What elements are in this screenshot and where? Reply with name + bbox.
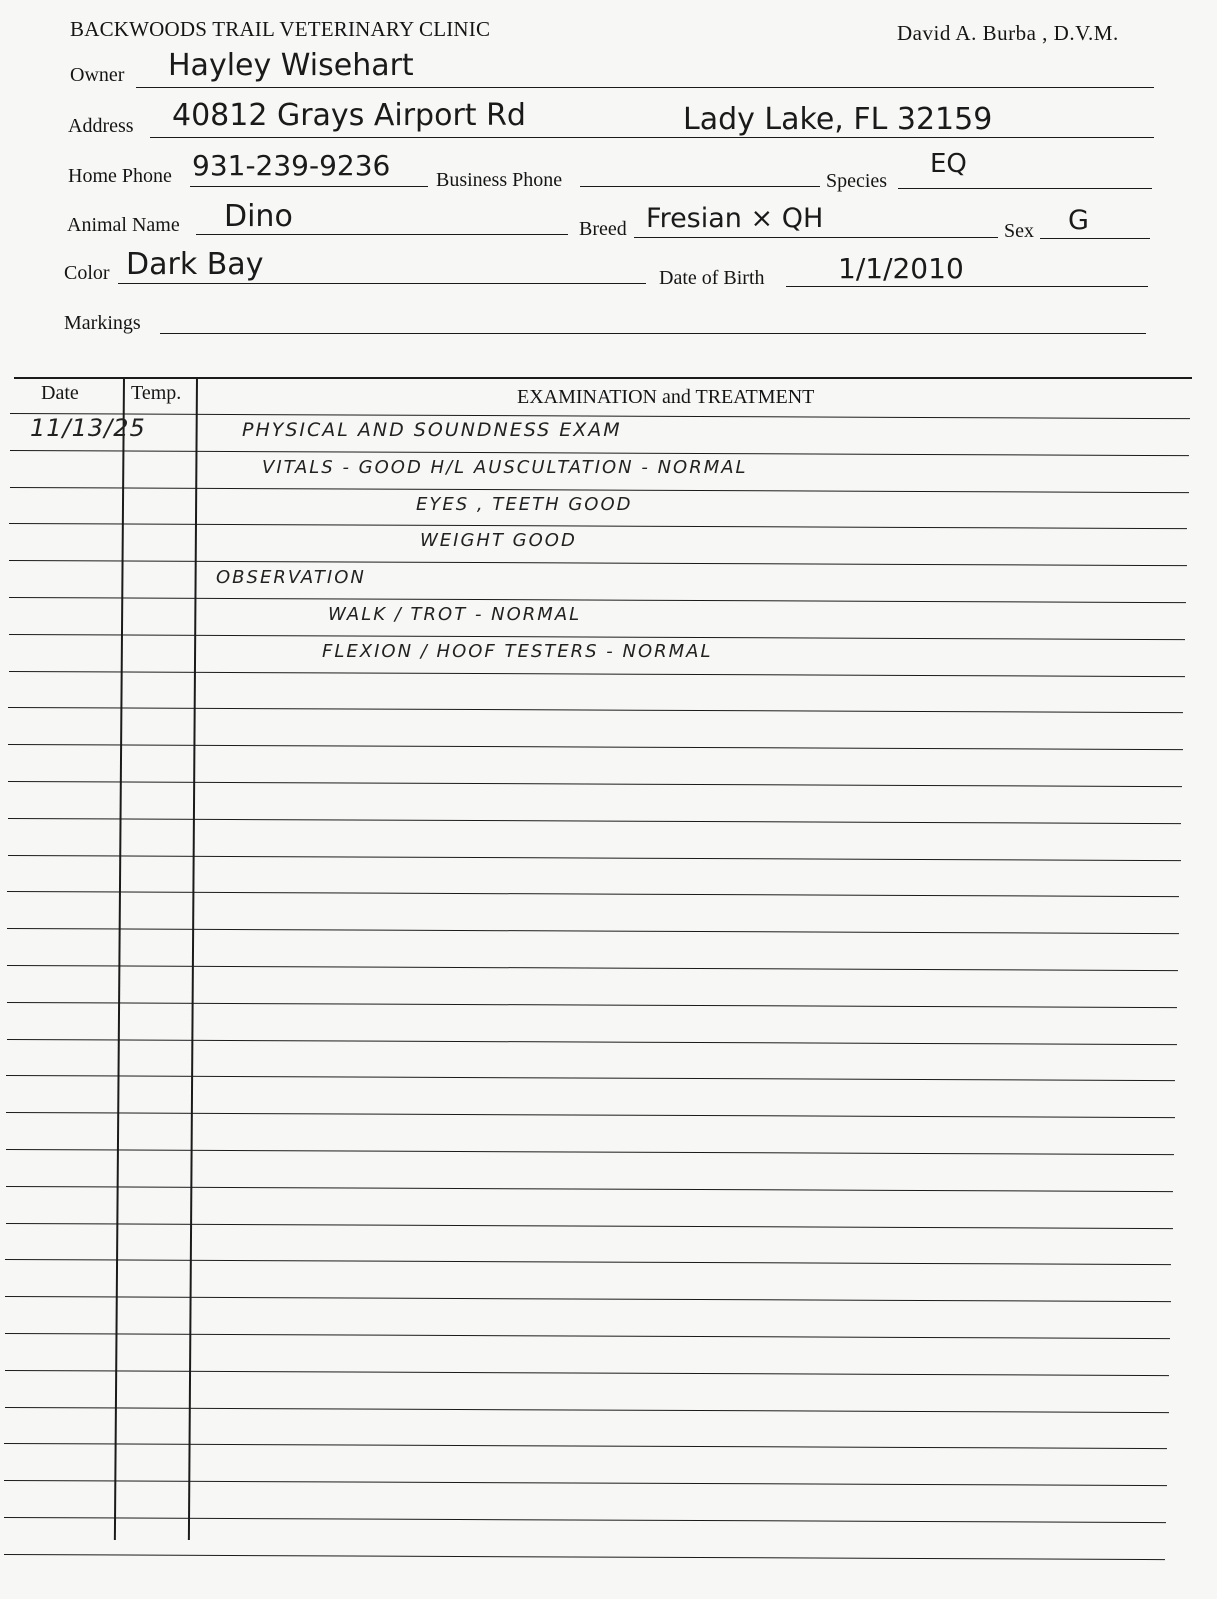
entry-date[interactable]: 11/13/25 bbox=[30, 414, 146, 442]
home-phone-value[interactable]: 931-239-9236 bbox=[192, 149, 390, 182]
owner-label: Owner bbox=[70, 64, 124, 87]
markings-label: Markings bbox=[64, 312, 141, 335]
address-city-state-zip-value[interactable]: Lady Lake, FL 32159 bbox=[683, 102, 992, 137]
date-of-birth-underline bbox=[786, 286, 1148, 287]
date-of-birth-value[interactable]: 1/1/2010 bbox=[838, 252, 964, 285]
table-row-rule bbox=[6, 1223, 1173, 1229]
table-row-rule bbox=[9, 634, 1185, 640]
species-value[interactable]: EQ bbox=[930, 149, 967, 179]
address-street-value[interactable]: 40812 Grays Airport Rd bbox=[172, 98, 526, 133]
table-row-rule bbox=[8, 707, 1183, 713]
address-label: Address bbox=[68, 115, 134, 138]
exam-line-5[interactable]: OBSERVATION bbox=[216, 567, 366, 588]
sex-underline bbox=[1040, 238, 1150, 239]
table-row-rule bbox=[4, 1554, 1165, 1560]
table-row-rule bbox=[9, 560, 1187, 566]
clinic-name: BACKWOODS TRAIL VETERINARY CLINIC bbox=[70, 17, 490, 42]
table-row-rule bbox=[6, 1149, 1174, 1155]
color-value[interactable]: Dark Bay bbox=[126, 247, 263, 282]
table-row-rule bbox=[5, 1296, 1171, 1302]
exam-line-4[interactable]: WEIGHT GOOD bbox=[420, 530, 577, 551]
doctor-name: David A. Burba , D.V.M. bbox=[897, 21, 1119, 46]
table-row-rule bbox=[8, 855, 1181, 861]
owner-underline bbox=[136, 87, 1154, 88]
animal-name-underline bbox=[196, 234, 568, 235]
animal-name-value[interactable]: Dino bbox=[224, 199, 293, 234]
sex-value[interactable]: G bbox=[1068, 205, 1089, 236]
home-phone-label: Home Phone bbox=[68, 165, 172, 188]
date-temp-divider bbox=[114, 377, 125, 1540]
table-row-rule bbox=[10, 450, 1189, 456]
table-row-rule bbox=[4, 1517, 1166, 1523]
table-top-rule bbox=[14, 377, 1192, 379]
table-row-rule bbox=[7, 965, 1178, 971]
exam-line-3[interactable]: EYES , TEETH GOOD bbox=[416, 494, 632, 515]
table-row-rule bbox=[6, 1186, 1173, 1192]
table-row-rule bbox=[8, 781, 1182, 787]
table-row-rule bbox=[5, 1333, 1170, 1339]
table-row-rule bbox=[4, 1443, 1167, 1449]
date-of-birth-label: Date of Birth bbox=[659, 267, 765, 290]
column-header-temp: Temp. bbox=[131, 382, 181, 405]
breed-underline bbox=[634, 237, 998, 238]
breed-label: Breed bbox=[579, 218, 627, 241]
business-phone-underline bbox=[580, 186, 820, 187]
table-row-rule bbox=[4, 1480, 1167, 1486]
table-row-rule bbox=[8, 744, 1183, 750]
table-row-rule bbox=[5, 1407, 1169, 1413]
owner-value[interactable]: Hayley Wisehart bbox=[168, 48, 414, 83]
column-header-date: Date bbox=[41, 382, 79, 405]
exam-line-2[interactable]: VITALS - GOOD H/L AUSCULTATION - NORMAL bbox=[262, 457, 748, 478]
exam-line-1[interactable]: PHYSICAL AND SOUNDNESS EXAM bbox=[242, 419, 622, 441]
table-row-rule bbox=[10, 487, 1189, 493]
table-row-rule bbox=[7, 1002, 1177, 1008]
business-phone-label: Business Phone bbox=[436, 169, 562, 192]
table-row-rule bbox=[7, 891, 1179, 897]
table-row-rule bbox=[9, 597, 1186, 603]
animal-name-label: Animal Name bbox=[67, 214, 180, 237]
species-label: Species bbox=[826, 170, 887, 193]
column-header-examination: EXAMINATION and TREATMENT bbox=[517, 386, 814, 409]
table-row-rule bbox=[5, 1259, 1171, 1265]
breed-value[interactable]: Fresian × QH bbox=[646, 203, 823, 234]
color-label: Color bbox=[64, 262, 110, 285]
table-row-rule bbox=[5, 1370, 1169, 1376]
table-row-rule bbox=[9, 523, 1187, 529]
color-underline bbox=[118, 283, 646, 284]
temp-exam-divider bbox=[188, 377, 198, 1540]
exam-line-7[interactable]: FLEXION / HOOF TESTERS - NORMAL bbox=[322, 641, 713, 662]
home-phone-underline bbox=[190, 186, 428, 187]
table-row-rule bbox=[8, 818, 1181, 824]
address-underline bbox=[150, 137, 1154, 138]
table-row-rule bbox=[7, 1039, 1177, 1045]
table-row-rule bbox=[7, 928, 1179, 934]
exam-line-6[interactable]: WALK / TROT - NORMAL bbox=[328, 604, 581, 625]
sex-label: Sex bbox=[1004, 220, 1034, 243]
table-row-rule bbox=[9, 671, 1185, 677]
markings-underline bbox=[160, 333, 1146, 334]
table-row-rule bbox=[6, 1075, 1175, 1081]
table-row-rule bbox=[6, 1112, 1175, 1118]
species-underline bbox=[898, 188, 1152, 189]
